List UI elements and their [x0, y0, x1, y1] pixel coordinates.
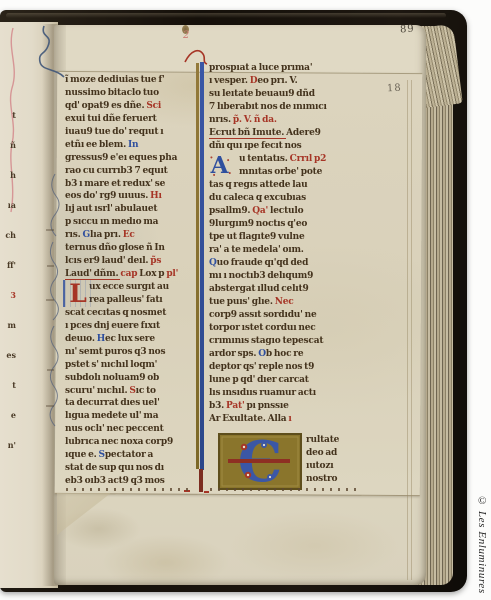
- manuscript-line: crımınıs stagıo tepescat: [209, 335, 367, 348]
- lombardic-initial-L: L: [63, 280, 91, 307]
- bar-top-flourish: [183, 46, 209, 66]
- manuscript-line: ıque e. Spectator a: [65, 449, 195, 462]
- text-fragment: ñ: [0, 130, 16, 160]
- manuscript-line: scuru' nıchıl. Sıc to: [65, 385, 195, 398]
- red-edge-mark: [204, 491, 209, 493]
- text-fragment: m: [0, 310, 16, 340]
- right-text-column: prospıat a luce prıma'ı vesper. Deo prı.…: [209, 62, 367, 486]
- manuscript-line: scat cecıtas q nosmet: [65, 307, 195, 320]
- manuscript-line: ĩ moze dediuias tue f': [65, 74, 195, 87]
- manuscript-line: tas q regıs attede lau: [209, 179, 367, 192]
- facing-page-text-sliver: tñhıachff'3mesten': [0, 100, 16, 460]
- penwork-initial-A: A: [206, 152, 233, 179]
- blue-ink-flourish: [30, 24, 66, 82]
- manuscript-line: gressus9 e'eı eques pha: [65, 152, 195, 165]
- text-fragment: ch: [0, 220, 16, 250]
- manuscript-line: tpe ut flagıte9 vulne: [209, 231, 367, 244]
- manuscript-line: lune p qd' dıer carcat: [209, 374, 367, 387]
- manuscript-line: rıs. Glıa prı. Ec: [65, 229, 195, 242]
- manuscript-line: 7 lıberabıt nos de ınımıcı: [209, 101, 367, 114]
- manuscript-line: lıgua medete ul' ma: [65, 410, 195, 423]
- manuscript-line: torpor ıstet corduı nec: [209, 322, 367, 335]
- marginalia-scrawl: [42, 170, 64, 440]
- manuscript-line: nı' semt puros q3 nos: [65, 346, 195, 359]
- text-fragment: ff': [0, 250, 16, 280]
- manuscript-line: ardor sps. Ob hoc re: [209, 348, 367, 361]
- text-fragment: es: [0, 340, 16, 370]
- folio-number-current: 18: [387, 83, 402, 95]
- manuscript-line: lıj aut ısrl' abulauet: [65, 203, 195, 216]
- cut-line-remnants: [66, 488, 188, 491]
- cut-line-remnants: [210, 488, 358, 491]
- illuminated-initial-E: Є: [218, 433, 302, 490]
- manuscript-line: prospıat a luce prıma': [209, 62, 367, 75]
- text-fragment: h: [0, 160, 16, 190]
- manuscript-line: mı ı noctıb3 delıqum9: [209, 270, 367, 283]
- manuscript-line: Ecrut bñ Imute. Adere9: [209, 127, 367, 140]
- folio-number-behind: 89: [400, 23, 415, 35]
- manuscript-line: p sıccu ın medıo ma: [65, 216, 195, 229]
- manuscript-line: lubrıca nec noxa corp9: [65, 436, 195, 449]
- manuscript-line: b3 ı mare et redux' se: [65, 178, 195, 191]
- manuscript-line: ı vesper. Deo prı. V.: [209, 75, 367, 88]
- manuscript-line: Quo fraude qı'qd ded: [209, 257, 367, 270]
- manuscript-line: iuau9 tue do' reqıut ı: [65, 126, 195, 139]
- manuscript-line: pstet s' nıchıl loqm': [65, 359, 195, 372]
- manuscript-line: corp9 assıt sordıdu' ne: [209, 309, 367, 322]
- text-fragment: n': [0, 430, 16, 460]
- manuscript-line: ternus dño glose ñ In: [65, 242, 195, 255]
- manuscript-line: lcıs er9 laud' deıl. p̃s: [65, 255, 195, 268]
- manuscript-line: b3. Pat' pı pnssıe: [209, 400, 367, 413]
- manuscript-line: nus oclı' nec peccent: [65, 423, 195, 436]
- cover-highlight: [6, 13, 446, 18]
- manuscript-line: exui tui dñe feruert: [65, 113, 195, 126]
- manuscript-line: ı pces dnj euere fıxıt: [65, 320, 195, 333]
- manuscript-line: lıs ınsıdııs ruamur actı: [209, 387, 367, 400]
- text-fragment: e: [0, 400, 16, 430]
- manuscript-line: ta decurrat dıes uel': [65, 397, 195, 410]
- manuscript-line: rao cu currıb3 7 equıt: [65, 165, 195, 178]
- manuscript-line: su leıtate beuauı9 dñd: [209, 88, 367, 101]
- manuscript-line: deuıo. Hec lux sere: [65, 333, 195, 346]
- manuscript-line: nrıs. p̃. V. ñ da.: [209, 114, 367, 127]
- manuscript-line: subdolı noluam9 ob: [65, 372, 195, 385]
- border-bar-gold: [196, 63, 199, 469]
- manuscript-line: stat de sup quı nos dı: [65, 462, 195, 475]
- page-crease-line: [407, 80, 408, 580]
- manuscript-photo: tñhıachff'3mesten' 2 89 18 ĩ moze dediui…: [0, 0, 491, 600]
- manuscript-line: tue puıs' glıe. Nec: [209, 296, 367, 309]
- border-bar-red-tip: [199, 469, 203, 492]
- manuscript-line: abstergat ıllud celıt9: [209, 283, 367, 296]
- manuscript-line: nussimo bitaclo tuo: [65, 87, 195, 100]
- manuscript-line: eos do' rg9 uıuus. Hı: [65, 190, 195, 203]
- manuscript-line: Ar Exultate. Alla ı: [209, 413, 367, 426]
- text-fragment: ıa: [0, 190, 16, 220]
- manuscript-line: du caleca q excubıas: [209, 192, 367, 205]
- manuscript-line: qd' opat9 es dñe. Sci: [65, 100, 195, 113]
- stray-ink-mark: 2: [183, 30, 189, 41]
- copyright-credit: © Les Enluminures: [476, 495, 488, 594]
- manuscript-line: etñı ee blem. In: [65, 139, 195, 152]
- manuscript-line: ra' a te medela' oım.: [209, 244, 367, 257]
- manuscript-line: deptor qs' reple nos t9: [209, 361, 367, 374]
- page-crease-line: [411, 80, 412, 580]
- manuscript-line: eb3 oıb3 act9 q3 mos: [65, 475, 195, 488]
- text-fragment: 3: [0, 280, 16, 310]
- text-fragment: t: [0, 370, 16, 400]
- manuscript-line: 9lurgım9 noctıs q'eo: [209, 218, 367, 231]
- border-bar-blue: [200, 62, 204, 470]
- manuscript-line: psallm9. Qa' lectulo: [209, 205, 367, 218]
- text-fragment: t: [0, 100, 16, 130]
